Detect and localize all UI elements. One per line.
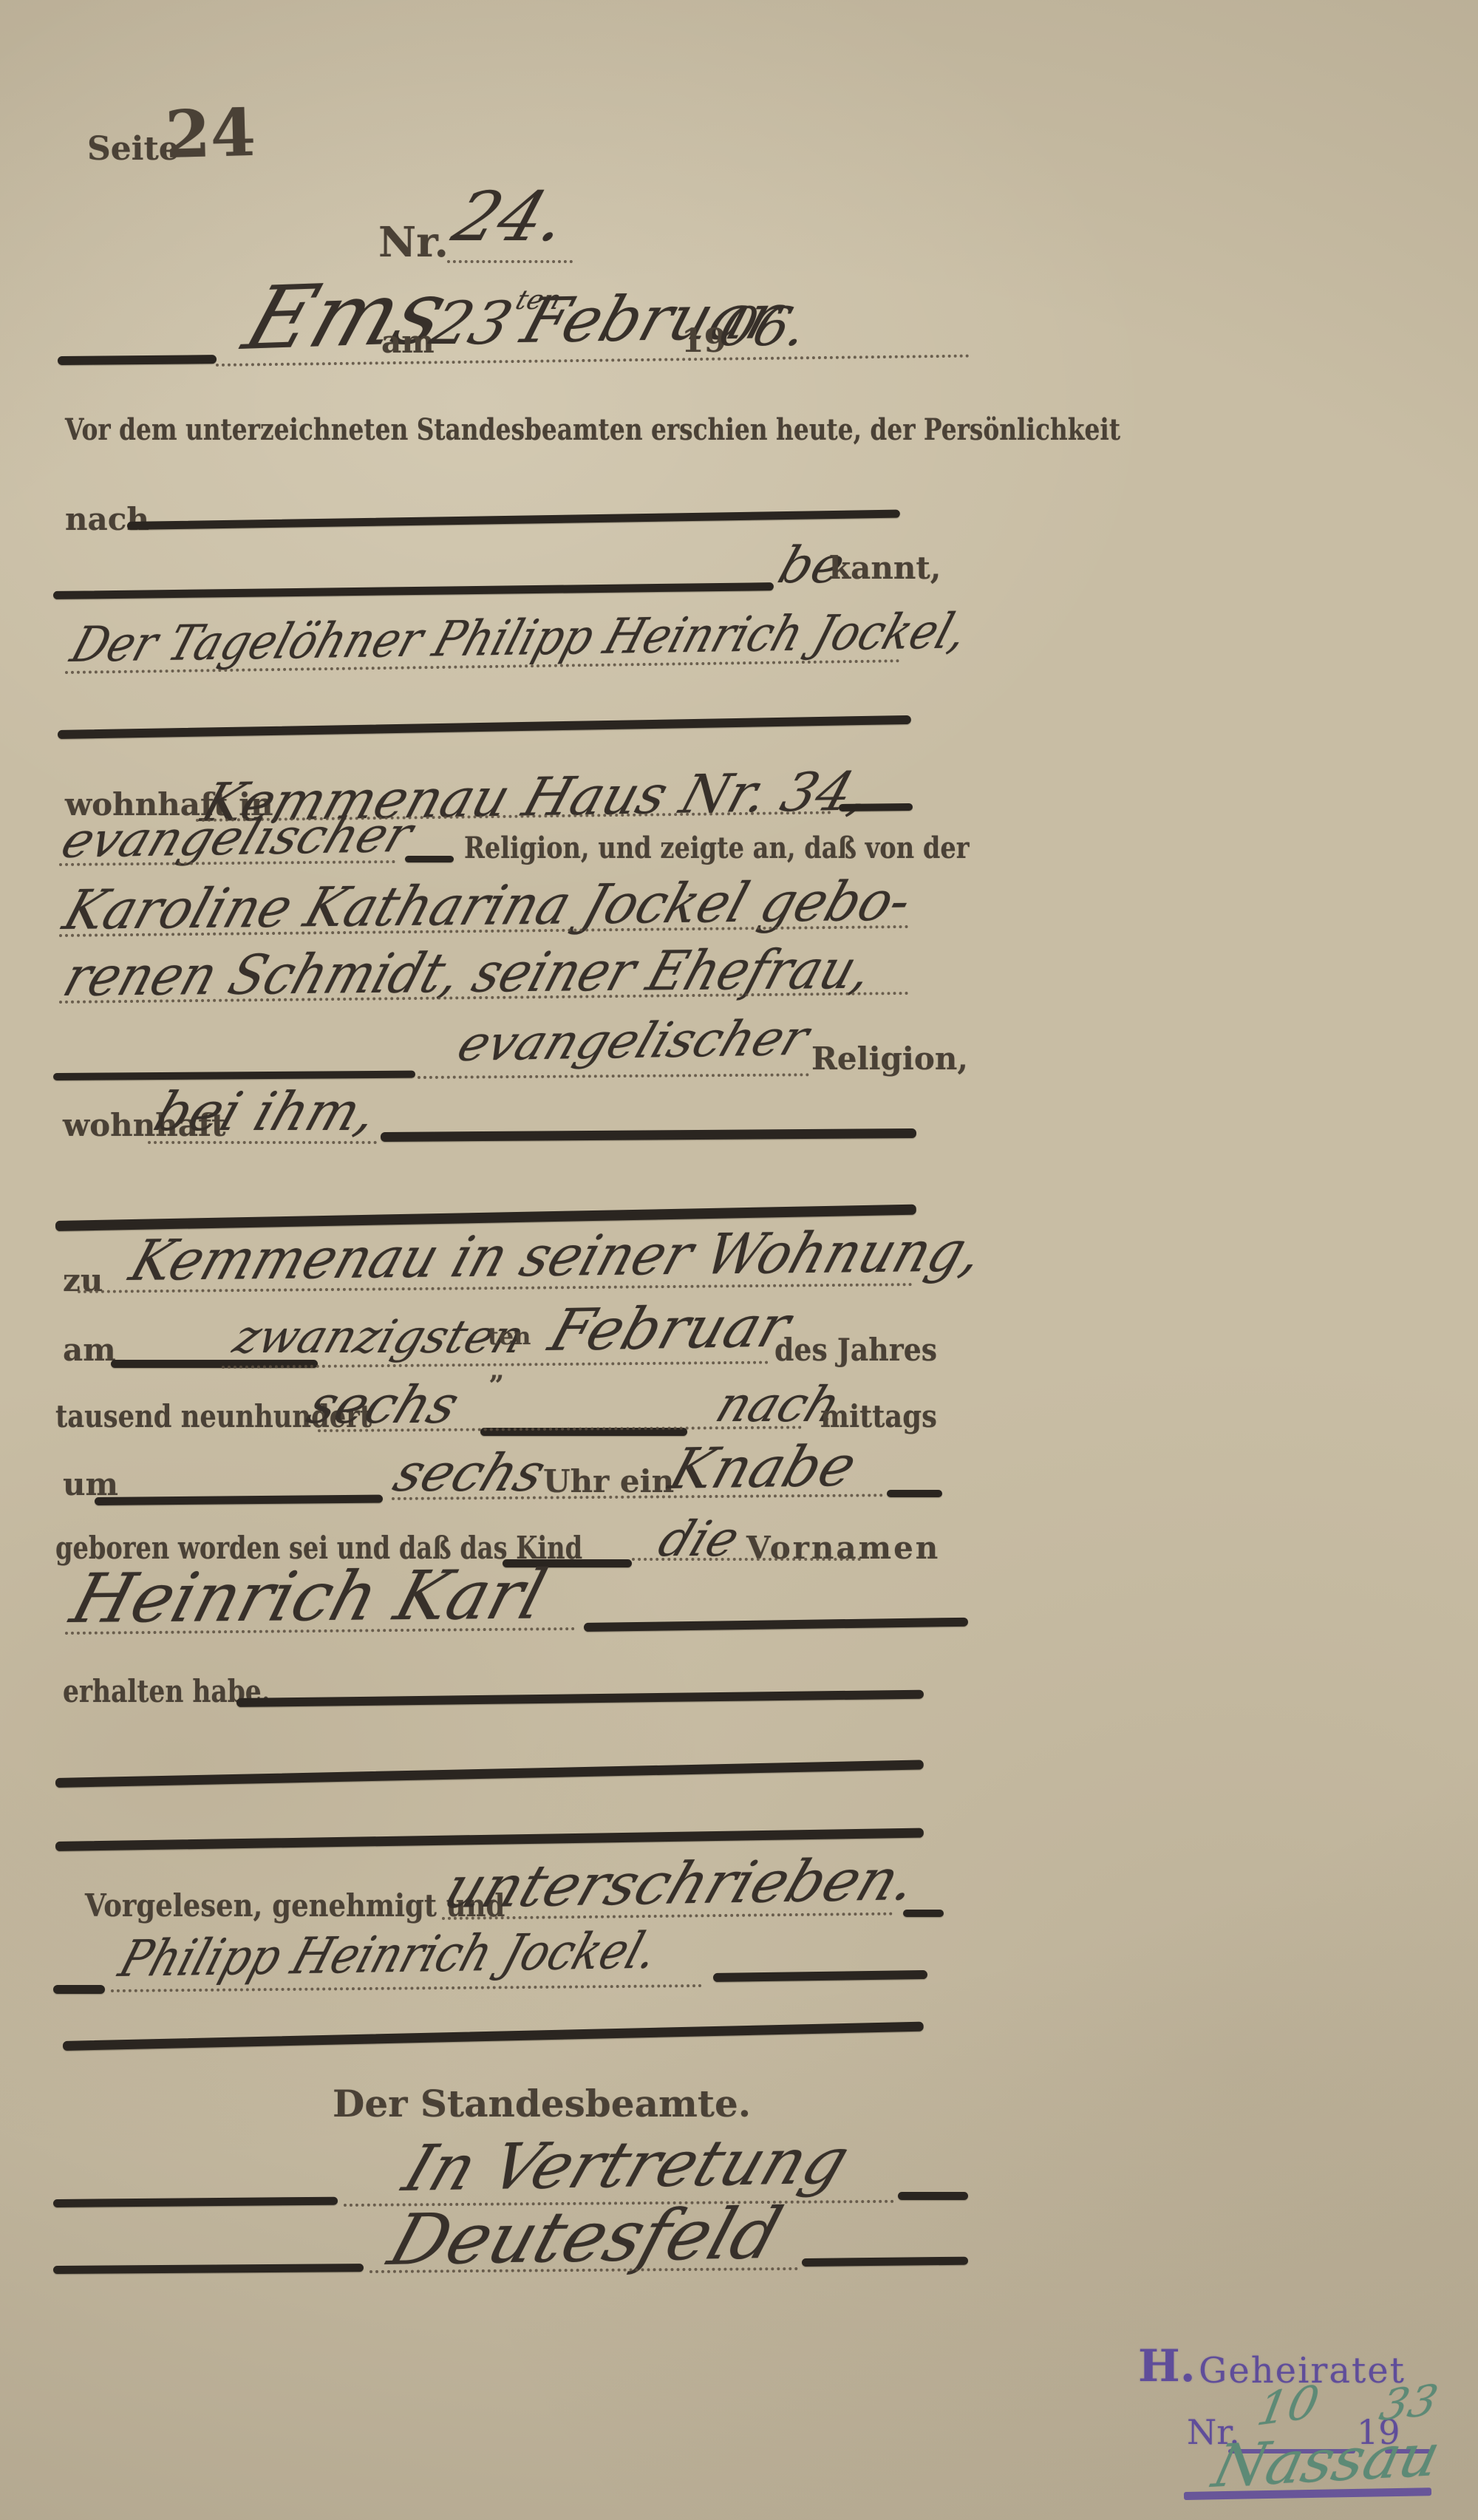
known-printed: kannt,: [829, 553, 941, 584]
registrar-label: Der Standesbeamte.: [333, 2085, 751, 2122]
fill-stroke: [584, 1618, 968, 1632]
fill-stroke: [53, 582, 774, 599]
fill-stroke: [55, 1828, 924, 1851]
birth-month: Februar: [543, 1298, 797, 1360]
mother-residence: bei ihm,: [149, 1085, 384, 1138]
signed-handwritten: unterschrieben.: [437, 1851, 925, 1917]
religion-printed-line: Religion, und zeigte an, daß von der: [464, 834, 969, 863]
declarant-signature: Philipp Heinrich Jockel.: [114, 1927, 664, 1985]
stamp-nr-value: 10: [1254, 2379, 1323, 2432]
year-handwritten: sechs: [301, 1379, 466, 1431]
baseline-dots: [418, 1073, 809, 1079]
nach-label: nach: [65, 504, 149, 535]
birth-am-label: am: [63, 1335, 116, 1366]
fill-stroke: [405, 856, 454, 862]
birth-day: zwanzigsten: [228, 1314, 530, 1360]
uhr-ein-label: Uhr ein: [543, 1466, 674, 1497]
fill-stroke: [53, 1985, 105, 1994]
birth-hour: sechs: [387, 1447, 552, 1499]
fill-stroke: [53, 2197, 338, 2207]
child-sex: Knabe: [664, 1438, 862, 1497]
birth-place: Kemmenau in seiner Wohnung,: [124, 1223, 990, 1289]
declarant-religion: evangelischer: [55, 811, 418, 865]
baseline-dots: [447, 260, 573, 263]
fill-stroke: [58, 355, 217, 365]
des-jahres-label: des Jahres: [774, 1335, 937, 1366]
stamp-place: Nassau: [1208, 2425, 1445, 2496]
mittags-label: mittags: [820, 1401, 937, 1432]
fill-stroke: [236, 1690, 924, 1707]
intro-sentence: Vor dem unterzeichneten Standesbeamten e…: [65, 415, 1120, 445]
fill-stroke: [802, 2257, 968, 2267]
birth-day-suffix-printed: ten: [488, 1324, 531, 1348]
um-label: um: [63, 1469, 118, 1500]
birth-record-page: Seite 24 Nr. 24. Ems am 23ten Februar 19…: [0, 0, 1478, 2520]
registrar-signature: Deutesfeld: [381, 2199, 789, 2276]
article-handwritten: die: [653, 1515, 746, 1564]
fill-stroke: [63, 2022, 924, 2051]
date-year: 06.: [713, 300, 815, 353]
baseline-dots: [632, 1558, 861, 1561]
fill-stroke: [55, 1760, 924, 1788]
fill-stroke: [53, 1071, 415, 1080]
mother-religion-printed: Religion,: [811, 1043, 968, 1075]
birth-day-suffix-quote: „: [489, 1357, 505, 1383]
fill-stroke: [58, 715, 911, 739]
fill-stroke: [127, 510, 900, 530]
given-names: Heinrich Karl: [64, 1561, 553, 1633]
fill-stroke: [381, 1128, 916, 1142]
record-number-label: Nr.: [378, 222, 449, 263]
fill-stroke: [903, 1910, 944, 1917]
fill-stroke: [887, 1490, 942, 1497]
mother-religion: evangelischer: [452, 1014, 814, 1069]
stamp-title-initial: H.: [1138, 2344, 1196, 2388]
fill-stroke: [53, 2264, 364, 2274]
baseline-dots: [148, 1141, 377, 1144]
record-number: 24.: [446, 183, 576, 251]
fill-stroke: [839, 803, 913, 811]
fill-stroke: [95, 1495, 383, 1505]
fill-stroke: [713, 1970, 927, 1982]
deputy-note: In Vertretung: [396, 2130, 857, 2201]
fill-stroke: [898, 2192, 968, 2200]
stamp-year-value: 33: [1376, 2379, 1442, 2427]
page-number: 24: [164, 100, 256, 167]
